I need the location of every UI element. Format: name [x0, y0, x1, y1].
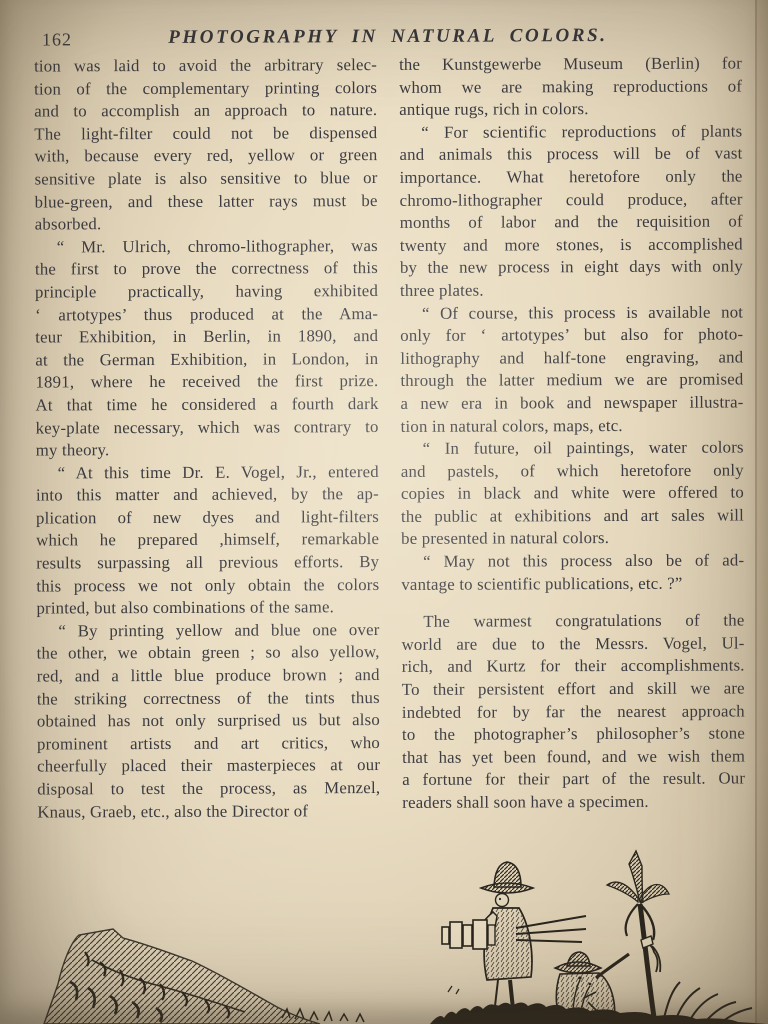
paragraph: “ Of course, this process is available n…: [400, 301, 744, 438]
text-line: To their persistent effort and skill we …: [402, 677, 745, 701]
text-line: twenty and more stones, is accomplished: [400, 233, 743, 257]
text-line: “ In future, oil paintings, water colors: [401, 437, 744, 461]
text-line: principle practically, having exhibited: [35, 280, 378, 304]
text-line: “ May not this process also be of ad-: [401, 549, 744, 573]
text-line: lithography and half-tone engraving, and: [400, 346, 743, 370]
text-line: “ Of course, this process is available n…: [400, 301, 743, 325]
text-line: the striking correctness of the tints th…: [37, 687, 380, 711]
illustration-sketch: [0, 842, 768, 1024]
text-line: results surpassing all previous efforts.…: [36, 551, 379, 575]
text-line: into this matter and achieved, by the ap…: [36, 483, 379, 507]
text-line: be presented in natural colors.: [401, 527, 744, 551]
text-line: at the German Exhibition, in London, in: [35, 348, 378, 372]
text-line: with, because every red, yellow or green: [34, 144, 377, 168]
text-line: antique rugs, rich in colors.: [399, 98, 742, 122]
text-line: “ Mr. Ulrich, chromo-lithographer, was: [35, 235, 378, 259]
text-line: prominent artists and art critics, who: [37, 732, 380, 756]
book-page-photo: 162 PHOTOGRAPHY IN NATURAL COLORS. tion …: [0, 0, 768, 1024]
text-line: the public at exhibitions and art sales …: [401, 504, 744, 528]
text-line: disposal to test the process, as Menzel,: [37, 777, 380, 801]
paragraph: “ May not this process also be of ad-van…: [401, 549, 744, 596]
text-line: tion was laid to avoid the arbitrary sel…: [34, 54, 377, 78]
text-line: and pastels, of which heretofore only: [401, 459, 744, 483]
text-line: and animals this process will be of vast: [399, 143, 742, 167]
text-line: whom we are making reproductions of: [399, 75, 742, 99]
text-line: which he prepared ,himself, remarkable: [36, 528, 379, 552]
text-line: The warmest congratulations of the: [401, 610, 744, 634]
text-line: key-plate necessary, which was contrary …: [36, 416, 379, 440]
text-line: this process we not only obtain the colo…: [36, 574, 379, 598]
paragraph: “ At this time Dr. E. Vogel, Jr., entere…: [36, 461, 380, 621]
grass: [282, 976, 768, 1024]
text-line: The light-filter could not be dispensed: [34, 122, 377, 146]
text-line: vantage to scientific publications, etc.…: [401, 572, 744, 596]
text-line: rich, and Kurtz for their accomplishment…: [402, 655, 745, 679]
text-line: Knaus, Graeb, etc., also the Director of: [37, 800, 380, 824]
text-line: “ At this time Dr. E. Vogel, Jr., entere…: [36, 461, 379, 485]
text-line: a fortune for their part of the result. …: [402, 768, 745, 792]
text-line: the Kunstgewerbe Museum (Berlin) for: [399, 52, 742, 76]
paragraph: tion was laid to avoid the arbitrary sel…: [34, 54, 378, 236]
text-line: readers shall soon have a specimen.: [402, 790, 745, 814]
text-line: my theory.: [36, 438, 379, 462]
text-line: chromo-lithographer could produce, after: [400, 188, 743, 212]
text-line: 1891, where he received the first prize.: [35, 370, 378, 394]
paragraph: “ By printing yellow and blue one overth…: [36, 619, 380, 824]
text-line: through the latter medium we are promise…: [400, 369, 743, 393]
paragraph: the Kunstgewerbe Museum (Berlin) forwhom…: [399, 52, 742, 121]
text-line: copies in black and white were offered t…: [401, 482, 744, 506]
text-line: importance. What heretofore only the: [399, 165, 742, 189]
text-line: absorbed.: [35, 212, 378, 236]
text-line: ‘ artotypes’ thus produced at the Ama-: [35, 303, 378, 327]
text-line: printed, but also combinations of the sa…: [36, 596, 379, 620]
text-line: tion in natural colors, maps, etc.: [401, 414, 744, 438]
corn-stalk: [607, 851, 669, 1024]
text-line: months of labor and the requisition of: [400, 211, 743, 235]
text-line: world are due to the Messrs. Vogel, Ul-: [402, 632, 745, 656]
text-line: the first to prove the correctness of th…: [35, 257, 378, 281]
text-line: by the new process in eight days with on…: [400, 256, 743, 280]
text-line: indebted for by far the nearest approach: [402, 700, 745, 724]
text-line: blue-green, and these latter rays must b…: [35, 190, 378, 214]
text-line: and to accomplish an approach to nature.: [34, 99, 377, 123]
text-line: three plates.: [400, 278, 743, 302]
text-line: to the photographer’s philosopher’s ston…: [402, 723, 745, 747]
text-line: plication of new dyes and light-filters: [36, 506, 379, 530]
text-line: At that time he considered a fourth dark: [35, 393, 378, 417]
text-line: teur Exhibition, in Berlin, in 1890, and: [35, 325, 378, 349]
text-line: “ For scientific reproductions of plants: [399, 120, 742, 144]
hill-sketch: [44, 929, 320, 1024]
text-line: a new era in book and newspaper illustra…: [400, 391, 743, 415]
text-line: “ By printing yellow and blue one over: [36, 619, 379, 643]
text-line: sensitive plate is also sensitive to blu…: [34, 167, 377, 191]
text-line: that has yet been found, and we wish the…: [402, 745, 745, 769]
text-line: only for ‘ artotypes’ but also for photo…: [400, 324, 743, 348]
paragraph: “ Mr. Ulrich, chromo-lithographer, wasth…: [35, 235, 379, 462]
camera-icon: [442, 920, 495, 949]
paragraph: “ For scientific reproductions of plants…: [399, 120, 743, 302]
paragraph: The warmest congratulations of theworld …: [401, 610, 745, 815]
page-title: PHOTOGRAPHY IN NATURAL COLORS.: [34, 24, 742, 49]
text-line: red, and a little blue produce brown ; a…: [37, 664, 380, 688]
paragraph: “ In future, oil paintings, water colors…: [401, 437, 744, 551]
text-line: obtained has not only surprised us but a…: [37, 709, 380, 733]
text-line: the other, we obtain green ; so also yel…: [37, 641, 380, 665]
text-line: cheerfully placed their masterpieces at …: [37, 754, 380, 778]
text-line: tion of the complementary printing color…: [34, 77, 377, 101]
